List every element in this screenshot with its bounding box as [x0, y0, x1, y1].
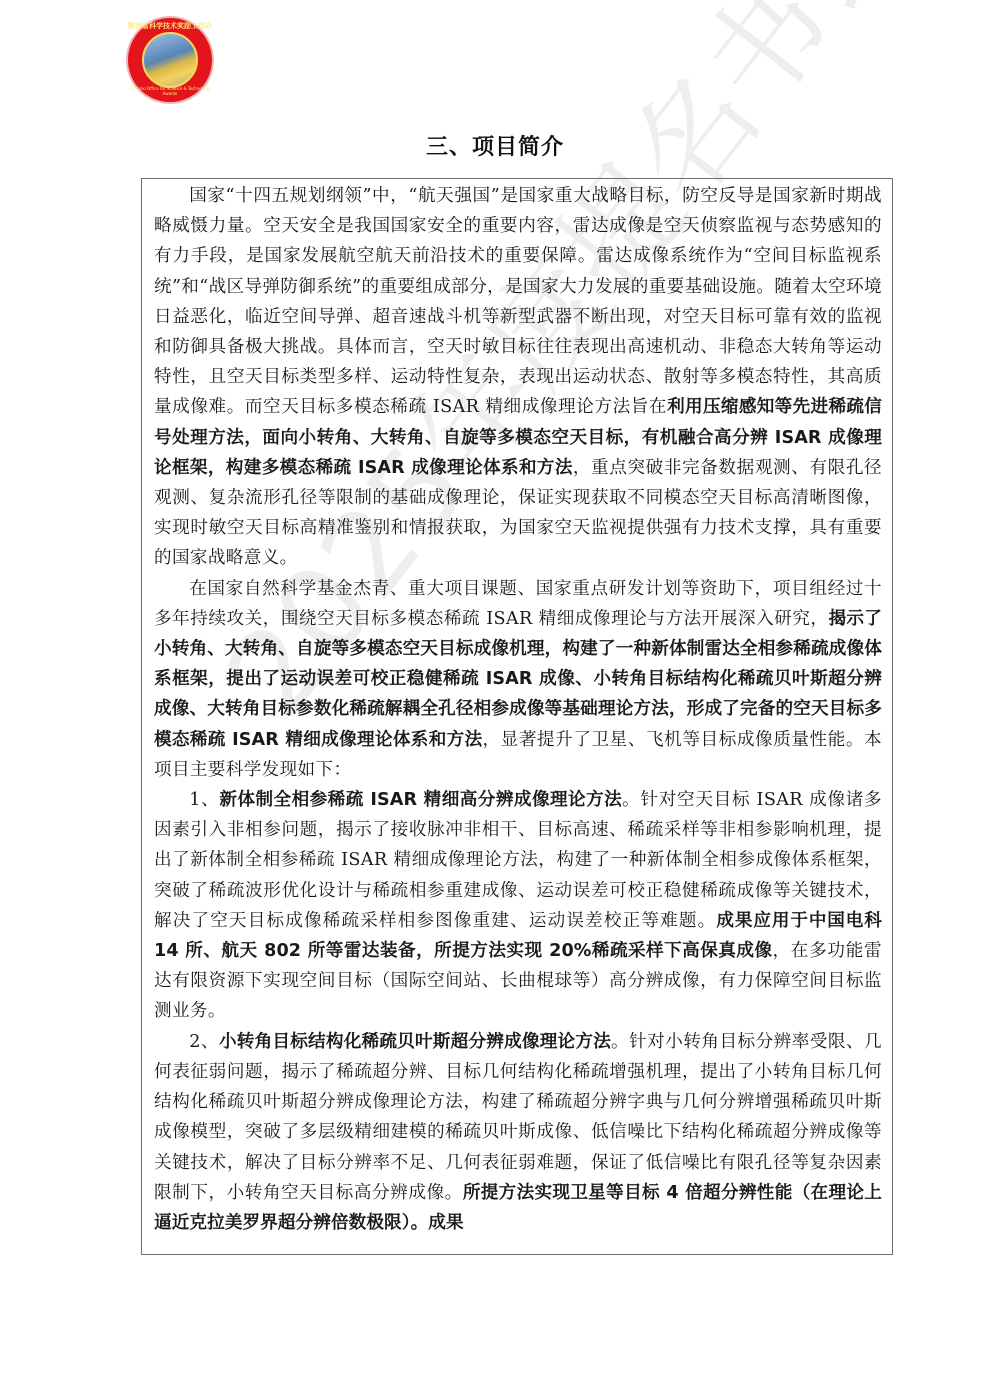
finding-heading: 新体制全相参稀疏 ISAR 精细高分辨成像理论方法	[219, 790, 622, 810]
text-segment: 在国家自然科学基金杰青、重大项目课题、国家重点研发计划等资助下，项目组经过十多年…	[154, 579, 882, 629]
paragraph-finding-1: 1、新体制全相参稀疏 ISAR 精细高分辨成像理论方法。针对空天目标 ISAR …	[154, 785, 882, 1027]
text-segment: 2、	[189, 1032, 219, 1052]
org-seal-logo-icon	[142, 32, 198, 88]
paragraph-finding-2: 2、小转角目标结构化稀疏贝叶斯超分辨成像理论方法。针对小转角目标分辨率受限、几何…	[154, 1027, 882, 1238]
text-segment: 。针对空天目标 ISAR 成像诸多因素引入非相参问题，揭示了接收脉冲非相干、目标…	[154, 790, 882, 931]
paragraph-background: 国家“十四五规划纲领”中，“航天强国”是国家重大战略目标，防空反导是国家新时期战…	[154, 181, 882, 574]
paragraph-overview: 在国家自然科学基金杰青、重大项目课题、国家重点研发计划等资助下，项目组经过十多年…	[154, 574, 882, 785]
project-summary-content: 国家“十四五规划纲领”中，“航天强国”是国家重大战略目标，防空反导是国家新时期战…	[154, 181, 882, 1238]
section-title: 三、项目简介	[0, 130, 990, 161]
text-segment: 1、	[189, 790, 219, 810]
text-segment: 国家“十四五规划纲领”中，“航天强国”是国家重大战略目标，防空反导是国家新时期战…	[154, 186, 882, 417]
logo-subtext: Shaanxi Office for Science & Technology …	[128, 86, 212, 96]
project-summary-box: 国家“十四五规划纲领”中，“航天强国”是国家重大战略目标，防空反导是国家新时期战…	[141, 178, 893, 1255]
text-segment: 。针对小转角目标分辨率受限、几何表征弱问题，揭示了稀疏超分辨、目标几何结构化稀疏…	[154, 1032, 882, 1203]
text-segment-bold: 揭示了小转角、大转角、自旋等多模态空天目标成像机理，构建了一种新体制雷达全相参稀…	[154, 609, 882, 750]
finding-heading: 小转角目标结构化稀疏贝叶斯超分辨成像理论方法	[219, 1032, 611, 1052]
org-seal-logo: 陕西省科学技术奖励工作办公室 Shaanxi Office for Scienc…	[128, 18, 212, 102]
